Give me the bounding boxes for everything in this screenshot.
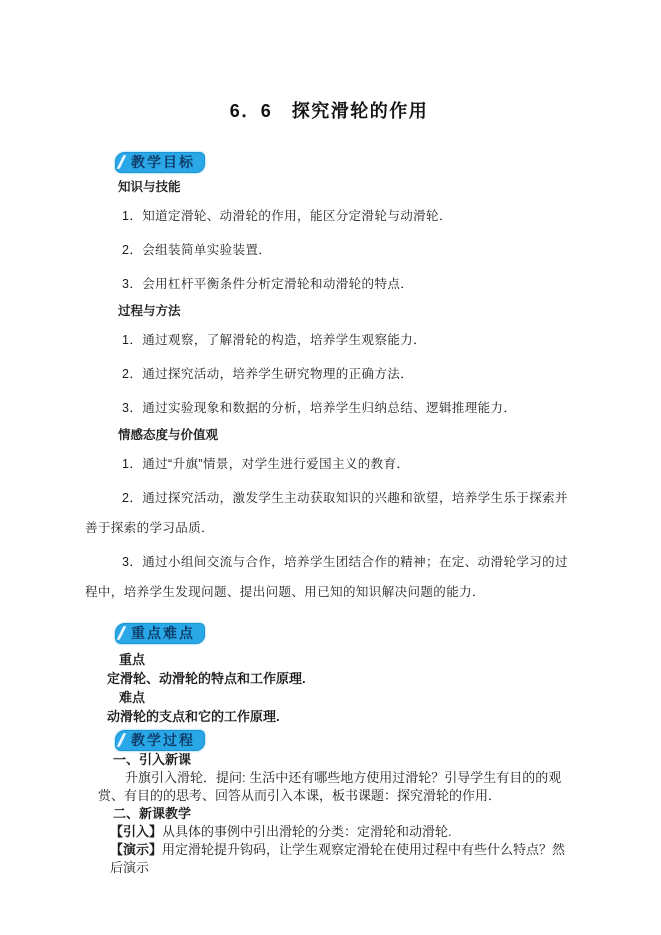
teaching-process-body: 一、引入新课 升旗引入滑轮．提问: 生活中还有哪些地方使用过滑轮？引导学生有目的… [98,751,573,877]
process-step-heading: 一、引入新课 [98,751,573,769]
objectives-badge: 教学目标 [115,152,205,173]
process-paragraph: 升旗引入滑轮．提问: 生活中还有哪些地方使用过滑轮？引导学生有目的的观赏、有目的… [98,769,573,805]
process-step-heading: 二、新课教学 [98,805,573,823]
important-text: 定滑轮、动滑轮的特点和工作原理. [107,669,573,688]
bullet-text: 从具体的事例中引出滑轮的分类：定滑轮和动滑轮. [162,824,452,839]
page-title: 6．6 探究滑轮的作用 [85,0,573,123]
brush-stroke-icon [117,626,127,640]
heading-knowledge-skills: 知识与技能 [118,177,573,197]
document-page: 6．6 探究滑轮的作用 教学目标 知识与技能 1．知道定滑轮、动滑轮的作用，能区… [0,0,661,935]
bullet-label: 【引入】 [110,824,162,839]
key-points-badge: 重点难点 [115,623,205,644]
brush-stroke-icon [117,733,127,747]
important-label: 重点 [119,650,573,669]
section-key-points: 重点难点 重点 定滑轮、动滑轮的特点和工作原理. 难点 动滑轮的支点和它的工作原… [85,623,573,726]
process-bullet: 【演示】用定滑轮提升钩码，让学生观察定滑轮在使用过程中有些什么特点？然后演示 [110,841,573,877]
section-objectives: 教学目标 知识与技能 1．知道定滑轮、动滑轮的作用，能区分定滑轮与动滑轮． 2．… [85,152,573,607]
objective-item: 2．会组装简单实验装置． [85,235,573,265]
badge-row-key-points: 重点难点 [115,623,573,644]
bullet-text: 用定滑轮提升钩码，让学生观察定滑轮在使用过程中有些什么特点？然后演示 [110,842,565,875]
objective-item: 3．会用杠杆平衡条件分析定滑轮和动滑轮的特点． [85,269,573,299]
objective-item: 3．通过实验现象和数据的分析，培养学生归纳总结、逻辑推理能力． [85,393,573,423]
heading-emotion-attitude: 情感态度与价值观 [118,425,573,445]
objective-item: 2．通过探究活动，培养学生研究物理的正确方法． [85,359,573,389]
objective-item: 2．通过探究活动，激发学生主动获取知识的兴趣和欲望，培养学生乐于探索并善于探索的… [85,483,573,543]
objective-item: 1．知道定滑轮、动滑轮的作用，能区分定滑轮与动滑轮． [85,201,573,231]
difficult-label: 难点 [119,688,573,707]
difficult-text: 动滑轮的支点和它的工作原理. [107,707,573,726]
teaching-process-badge-label: 教学过程 [131,732,195,748]
objective-item: 1．通过观察，了解滑轮的构造，培养学生观察能力． [85,325,573,355]
objective-item: 1．通过“升旗”情景，对学生进行爱国主义的教育． [85,449,573,479]
objectives-badge-label: 教学目标 [131,154,195,170]
section-teaching-process: 教学过程 一、引入新课 升旗引入滑轮．提问: 生活中还有哪些地方使用过滑轮？引导… [85,730,573,877]
document-content: 6．6 探究滑轮的作用 教学目标 知识与技能 1．知道定滑轮、动滑轮的作用，能区… [0,0,661,877]
badge-row-objectives: 教学目标 [115,152,573,173]
heading-process-method: 过程与方法 [118,301,573,321]
brush-stroke-icon [117,155,127,169]
badge-row-teaching-process: 教学过程 [115,730,573,751]
bullet-label: 【演示】 [110,842,162,857]
key-points-badge-label: 重点难点 [131,625,195,641]
objective-item: 3．通过小组间交流与合作，培养学生团结合作的精神；在定、动滑轮学习的过程中，培养… [85,547,573,607]
process-bullet: 【引入】从具体的事例中引出滑轮的分类：定滑轮和动滑轮. [110,823,573,841]
teaching-process-badge: 教学过程 [115,730,205,751]
